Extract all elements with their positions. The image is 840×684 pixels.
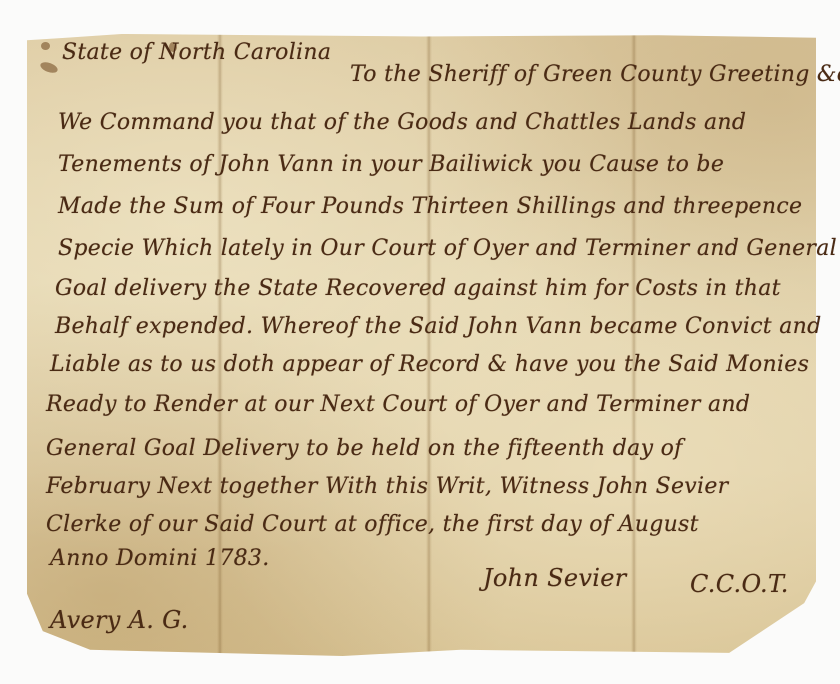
salutation-line: To the Sheriff of Green County Greeting … <box>350 62 840 87</box>
ink-stain <box>41 42 50 50</box>
ink-stain <box>39 60 59 75</box>
text-line: Behalf expended. Whereof the Said John V… <box>55 314 822 339</box>
text-line: Ready to Render at our Next Court of Oye… <box>46 392 750 417</box>
signature-name: John Sevier <box>483 564 626 592</box>
text-line: We Command you that of the Goods and Cha… <box>58 110 746 135</box>
text-line: Tenements of John Vann in your Bailiwick… <box>58 152 724 177</box>
attorney-mark: Avery A. G. <box>50 606 189 634</box>
text-line: February Next together With this Writ, W… <box>46 474 729 499</box>
text-line: Goal delivery the State Recovered agains… <box>55 276 781 301</box>
date-line: Anno Domini 1783. <box>50 546 270 571</box>
text-line: Specie Which lately in Our Court of Oyer… <box>58 236 837 261</box>
heading-state: State of North Carolina <box>62 40 331 65</box>
signature-title: C.C.O.T. <box>690 570 789 598</box>
text-line: General Goal Delivery to be held on the … <box>46 436 683 461</box>
text-line: Made the Sum of Four Pounds Thirteen Shi… <box>58 194 802 219</box>
text-line: Liable as to us doth appear of Record & … <box>50 352 809 377</box>
text-line: Clerke of our Said Court at office, the … <box>46 512 699 537</box>
